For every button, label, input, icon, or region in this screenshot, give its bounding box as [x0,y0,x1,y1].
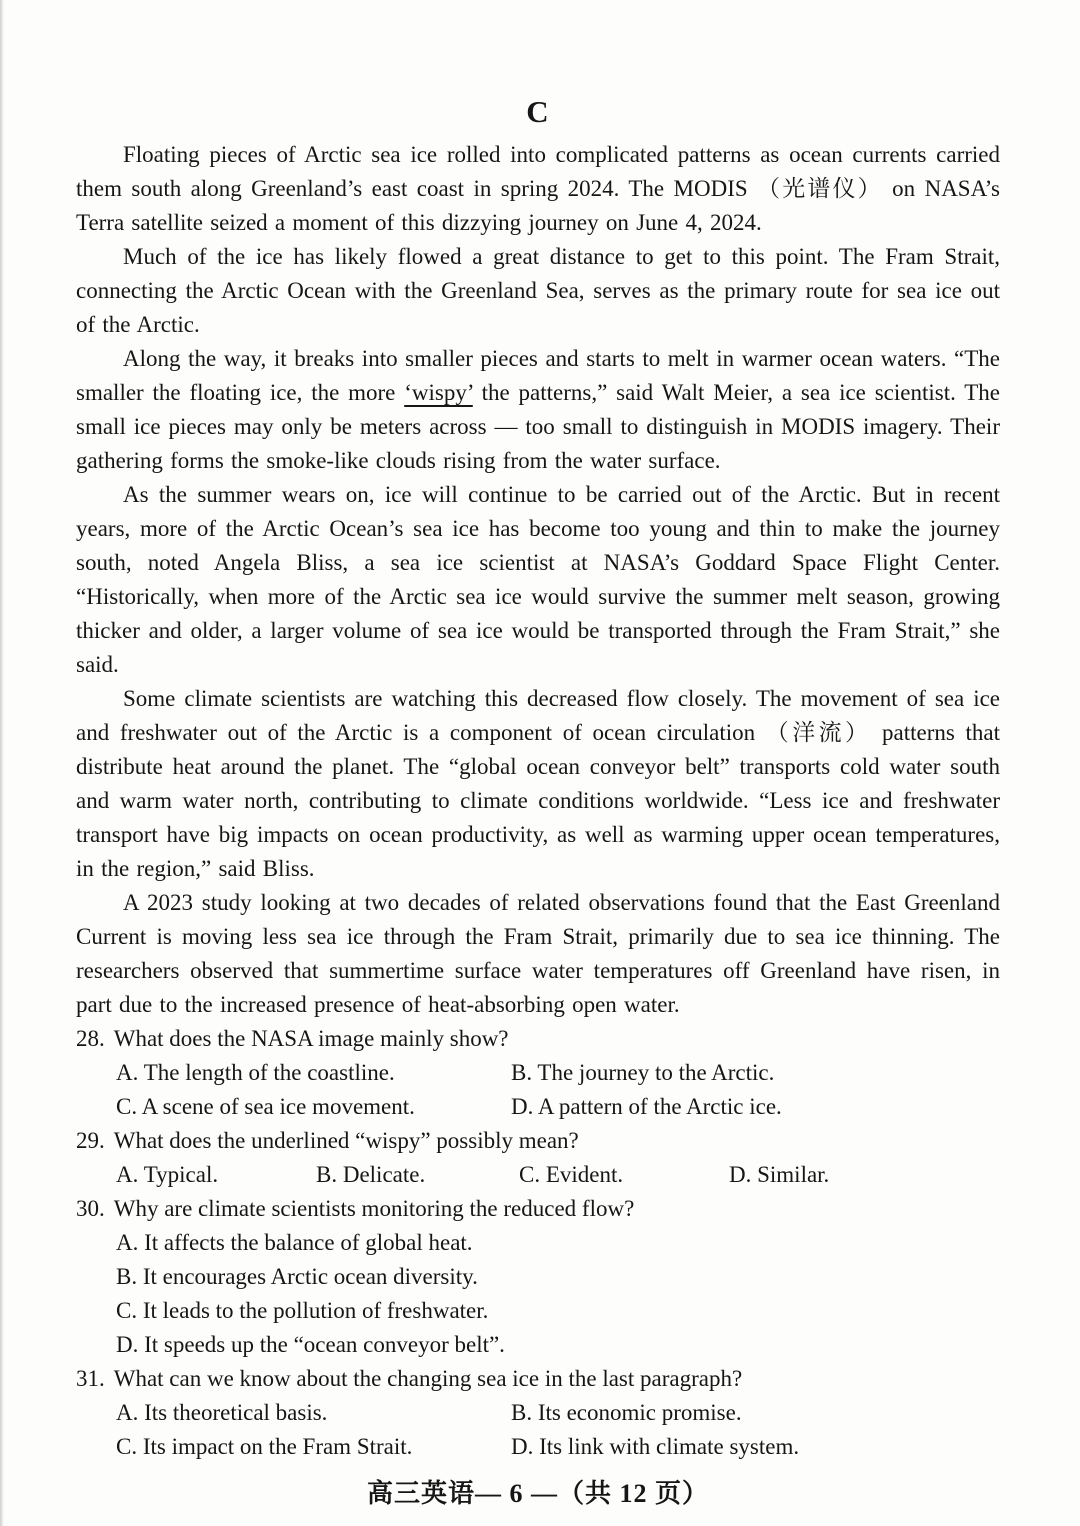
question-29: 29. What does the underlined “wispy” pos… [76,1124,1000,1192]
question-29-stem: 29. What does the underlined “wispy” pos… [76,1124,1000,1158]
paragraph-1: Floating pieces of Arctic sea ice rolled… [76,138,1000,240]
question-31-stem: 31. What can we know about the changing … [76,1362,1000,1396]
question-30-options: A. It affects the balance of global heat… [76,1226,1000,1362]
page-footer: 高三英语— 6 —（共 12 页） [76,1476,1000,1512]
question-29-number: 29. [76,1124,105,1158]
question-30-stem: 30. Why are climate scientists monitorin… [76,1192,1000,1226]
question-31-option-d: D. Its link with climate system. [511,1430,1000,1464]
question-28-options: A. The length of the coastline. B. The j… [76,1056,1000,1124]
question-28-stem: 28. What does the NASA image mainly show… [76,1022,1000,1056]
question-29-option-c: C. Evident. [519,1158,729,1192]
question-29-text: What does the underlined “wispy” possibl… [114,1124,1000,1158]
question-block: 28. What does the NASA image mainly show… [76,1022,1000,1464]
question-28-option-c: C. A scene of sea ice movement. [116,1090,511,1124]
question-30: 30. Why are climate scientists monitorin… [76,1192,1000,1362]
question-28: 28. What does the NASA image mainly show… [76,1022,1000,1124]
paragraph-6: A 2023 study looking at two decades of r… [76,886,1000,1022]
paragraph-5: Some climate scientists are watching thi… [76,682,1000,886]
question-31-option-a: A. Its theoretical basis. [116,1396,511,1430]
paragraph-3: Along the way, it breaks into smaller pi… [76,342,1000,478]
question-31: 31. What can we know about the changing … [76,1362,1000,1464]
question-28-option-b: B. The journey to the Arctic. [511,1056,1000,1090]
question-30-option-b: B. It encourages Arctic ocean diversity. [116,1260,1000,1294]
question-29-option-a: A. Typical. [116,1158,316,1192]
underlined-word-wispy: ‘wispy’ [404,380,473,405]
question-30-option-d: D. It speeds up the “ocean conveyor belt… [116,1328,1000,1362]
question-28-option-d: D. A pattern of the Arctic ice. [511,1090,1000,1124]
section-label: C [76,92,1000,132]
paragraph-2: Much of the ice has likely flowed a grea… [76,240,1000,342]
question-31-option-c: C. Its impact on the Fram Strait. [116,1430,511,1464]
question-28-text: What does the NASA image mainly show? [114,1022,1000,1056]
question-29-options: A. Typical. B. Delicate. C. Evident. D. … [76,1158,1000,1192]
question-28-number: 28. [76,1022,105,1056]
question-31-option-b: B. Its economic promise. [511,1396,1000,1430]
question-31-text: What can we know about the changing sea … [114,1362,1000,1396]
question-31-number: 31. [76,1362,105,1396]
reading-passage: Floating pieces of Arctic sea ice rolled… [76,138,1000,1022]
question-30-text: Why are climate scientists monitoring th… [114,1192,1000,1226]
question-28-option-a: A. The length of the coastline. [116,1056,511,1090]
question-31-options: A. Its theoretical basis. B. Its economi… [76,1396,1000,1464]
question-30-option-a: A. It affects the balance of global heat… [116,1226,1000,1260]
question-29-option-d: D. Similar. [729,1158,1000,1192]
question-29-option-b: B. Delicate. [316,1158,519,1192]
question-30-option-c: C. It leads to the pollution of freshwat… [116,1294,1000,1328]
exam-page: C Floating pieces of Arctic sea ice roll… [0,0,1080,1526]
paragraph-4: As the summer wears on, ice will continu… [76,478,1000,682]
question-30-number: 30. [76,1192,105,1226]
